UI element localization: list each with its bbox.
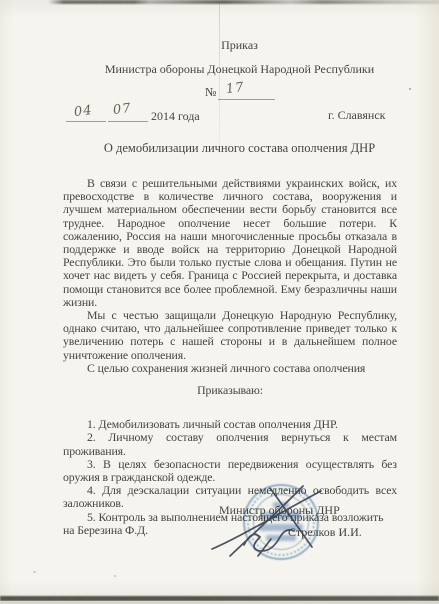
body-paragraph: С целью сохранения жизней личного состав… (63, 362, 397, 375)
order-item: 2. Личному составу ополчения вернуться к… (63, 431, 397, 457)
city-label: г. Славянск (328, 108, 386, 123)
date-month-handwritten: 07 (112, 101, 132, 118)
date-month-blank-line (108, 121, 148, 122)
paper-fold-crease (219, 2, 220, 152)
subject-line: О демобилизации личного состава ополчени… (40, 141, 439, 156)
date-day-handwritten: 04 (73, 103, 93, 120)
handwritten-signature (200, 475, 360, 565)
scanned-order-page: Приказ Министра обороны Донецкой Народно… (0, 0, 439, 604)
order-number-label: № (205, 85, 216, 100)
scan-speck (114, 575, 116, 577)
ministry-heading: Министра обороны Донецкой Народной Респу… (40, 62, 439, 77)
body-paragraph: Мы с честью защищали Донецкую Народную Р… (63, 309, 397, 362)
decree-word: Приказываю: (63, 384, 397, 397)
order-number-blank-line (218, 99, 275, 100)
date-year: 2014 года (151, 109, 200, 124)
scan-speck (33, 571, 36, 573)
order-heading: Приказ (40, 38, 439, 53)
body-paragraph: В связи с решительными действиями украин… (63, 177, 397, 309)
scan-edge-top (48, 0, 439, 4)
date-day-blank-line (66, 121, 106, 122)
scan-speck (409, 88, 411, 90)
order-number-handwritten: 17 (225, 80, 245, 97)
